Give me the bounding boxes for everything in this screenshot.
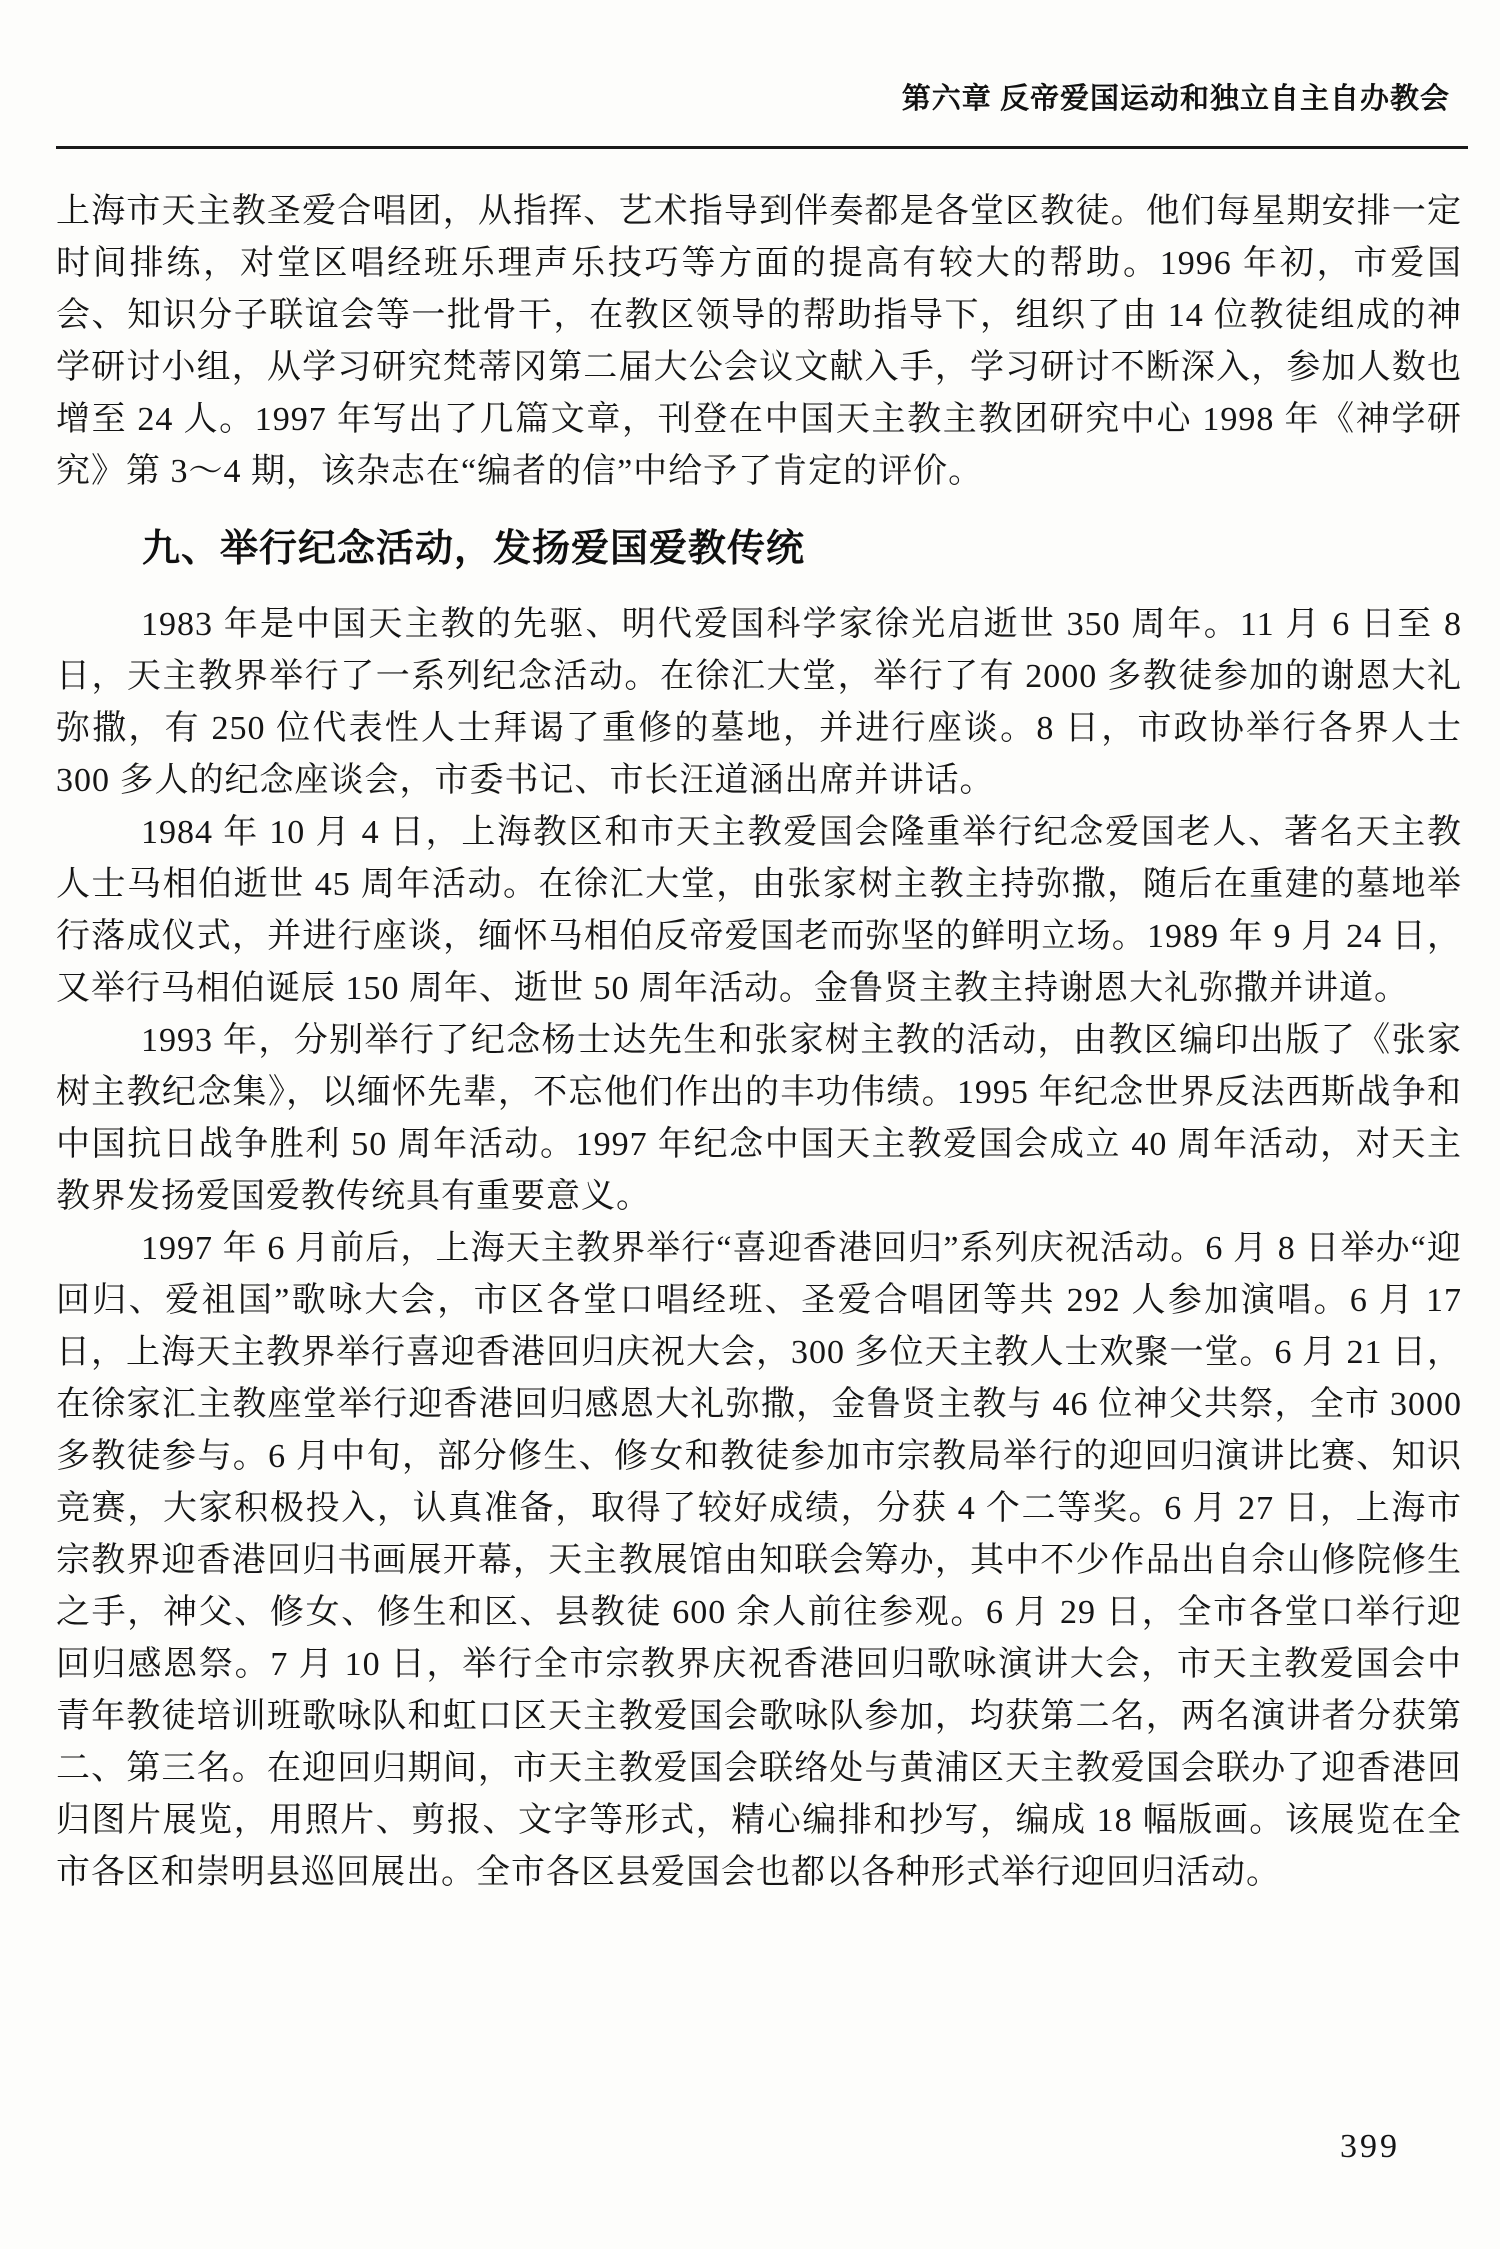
paragraph-1993-memorials: 1993 年，分别举行了纪念杨士达先生和张家树主教的活动，由教区编印出版了《张家… (56, 1015, 1462, 1223)
opening-paragraph: 上海市天主教圣爱合唱团，从指挥、艺术指导到伴奏都是各堂区教徒。他们每星期安排一定… (56, 186, 1462, 498)
chapter-title: 第六章 反帝爱国运动和独立自主自办教会 (902, 83, 1450, 115)
paragraph-1983-commemoration: 1983 年是中国天主教的先驱、明代爱国科学家徐光启逝世 350 周年。11 月… (56, 599, 1462, 807)
book-page: 第六章 反帝爱国运动和独立自主自办教会 上海市天主教圣爱合唱团，从指挥、艺术指导… (0, 0, 1500, 2249)
page-number: 399 (1340, 2128, 1400, 2166)
paragraph-1997-hongkong-return: 1997 年 6 月前后，上海天主教界举行“喜迎香港回归”系列庆祝活动。6 月 … (56, 1223, 1462, 1899)
running-header: 第六章 反帝爱国运动和独立自主自办教会 (56, 76, 1450, 117)
paragraph-1984-ma-xiangbo: 1984 年 10 月 4 日，上海教区和市天主教爱国会隆重举行纪念爱国老人、著… (56, 807, 1462, 1015)
page-body: 上海市天主教圣爱合唱团，从指挥、艺术指导到伴奏都是各堂区教徒。他们每星期安排一定… (56, 186, 1462, 1899)
section-heading: 九、举行纪念活动，发扬爱国爱教传统 (142, 521, 1462, 577)
header-rule-divider (56, 146, 1468, 149)
